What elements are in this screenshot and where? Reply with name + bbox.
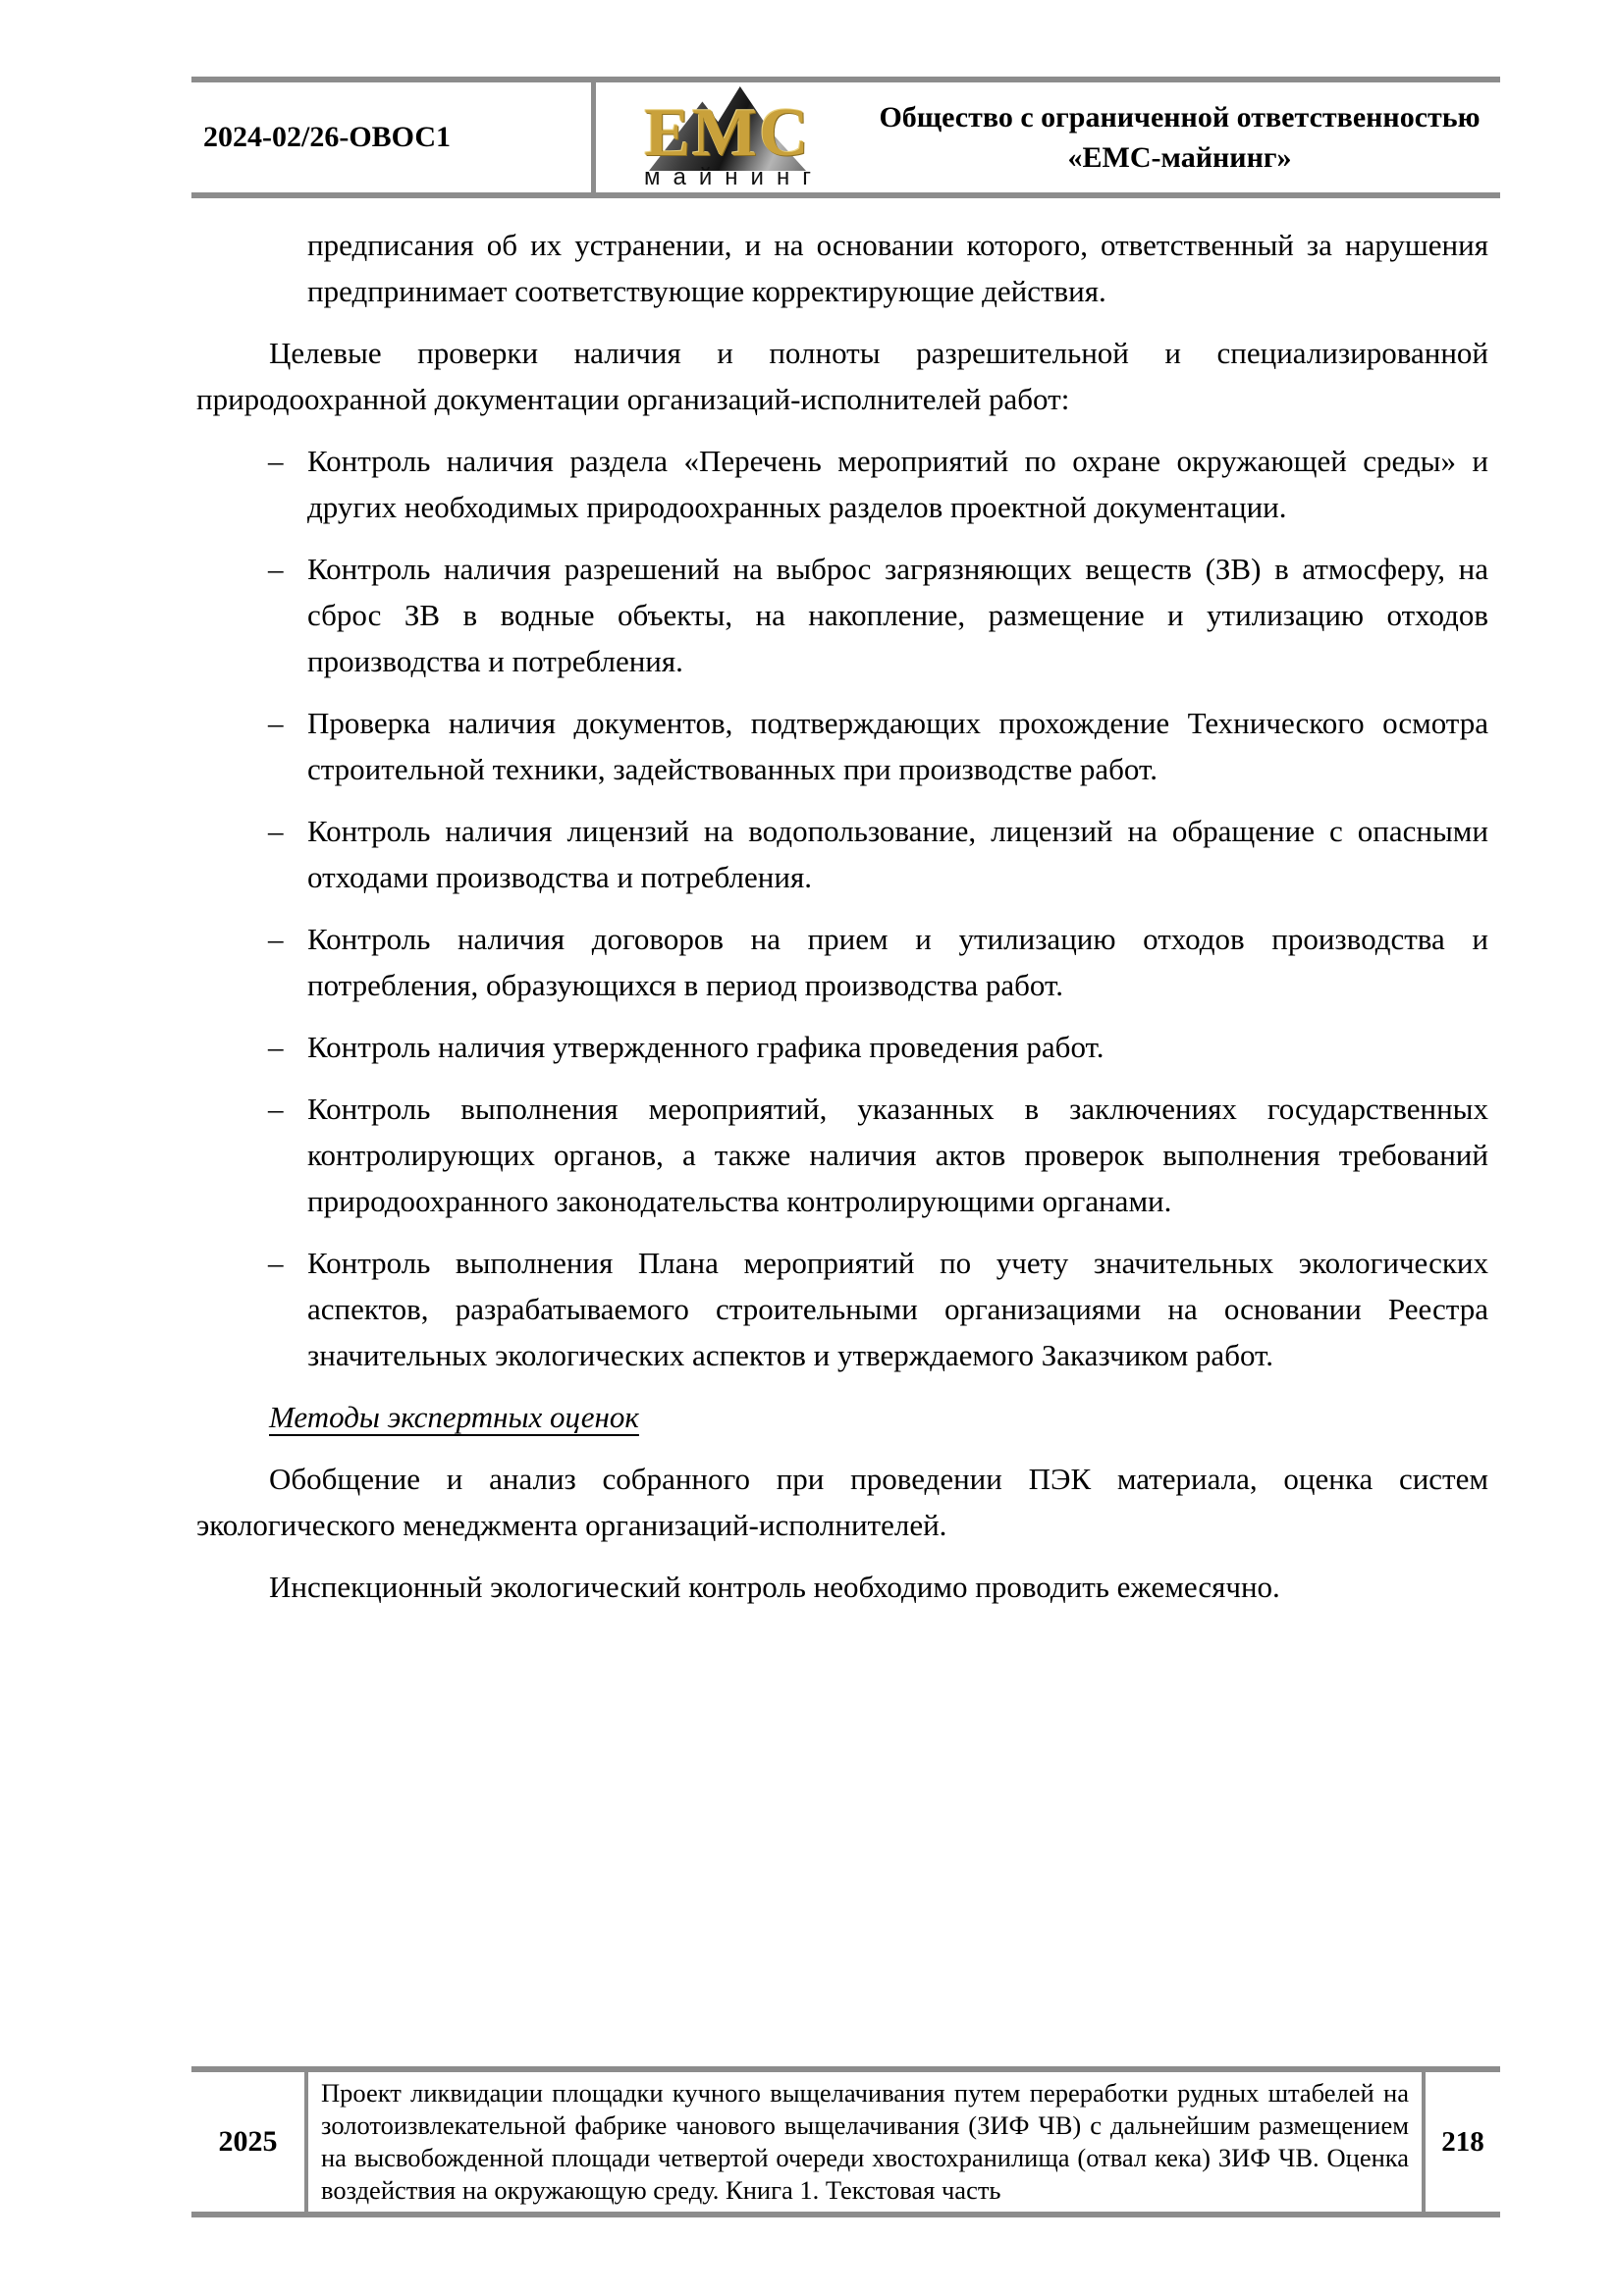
document-body: предписания об их устранении, и на основ… xyxy=(196,222,1488,1626)
methods-subheading: Методы экспертных оценок xyxy=(196,1394,1488,1440)
document-page: 2024-02/26-ОВОС1 ЕМС майнинг Общество с … xyxy=(0,0,1616,2296)
control-measures-list: Контроль наличия раздела «Перечень мероп… xyxy=(196,438,1488,1378)
company-name-line1: Общество с ограниченной ответственностью xyxy=(879,97,1480,137)
footer-page-number-cell: 218 xyxy=(1426,2072,1500,2212)
paragraph-final: Инспекционный экологический контроль нео… xyxy=(196,1564,1488,1610)
paragraph-continuation: предписания об их устранении, и на основ… xyxy=(307,222,1488,314)
paragraph-methods: Обобщение и анализ собранного при провед… xyxy=(196,1456,1488,1548)
footer-year-cell: 2025 xyxy=(191,2072,308,2212)
list-item: Контроль наличия раздела «Перечень мероп… xyxy=(307,438,1488,530)
list-item: Проверка наличия документов, подтверждаю… xyxy=(307,700,1488,792)
logo-acronym: ЕМС xyxy=(644,102,810,165)
company-name: Общество с ограниченной ответственностью… xyxy=(859,82,1500,192)
logo-subtitle: майнинг xyxy=(644,165,824,190)
footer-project-description: Проект ликвидации площадки кучного выщел… xyxy=(308,2072,1426,2212)
list-item: Контроль наличия разрешений на выброс за… xyxy=(307,546,1488,684)
company-name-line2: «ЕМС-майнинг» xyxy=(1068,137,1292,178)
list-item: Контроль наличия лицензий на водопользов… xyxy=(307,808,1488,900)
paragraph-intro: Целевые проверки наличия и полноты разре… xyxy=(196,330,1488,422)
page-number: 218 xyxy=(1441,2126,1484,2159)
page-header: 2024-02/26-ОВОС1 ЕМС майнинг Общество с … xyxy=(191,77,1500,198)
list-item: Контроль наличия договоров на прием и ут… xyxy=(307,916,1488,1008)
page-footer: 2025 Проект ликвидации площадки кучного … xyxy=(191,2066,1500,2217)
company-logo: ЕМС майнинг xyxy=(596,82,859,192)
methods-subheading-text: Методы экспертных оценок xyxy=(269,1400,639,1434)
document-number-cell: 2024-02/26-ОВОС1 xyxy=(191,82,596,192)
list-item: Контроль выполнения Плана мероприятий по… xyxy=(307,1240,1488,1378)
list-item: Контроль наличия утвержденного графика п… xyxy=(307,1024,1488,1070)
footer-year: 2025 xyxy=(219,2125,278,2159)
list-item: Контроль выполнения мероприятий, указанн… xyxy=(307,1086,1488,1224)
document-number: 2024-02/26-ОВОС1 xyxy=(203,121,451,154)
